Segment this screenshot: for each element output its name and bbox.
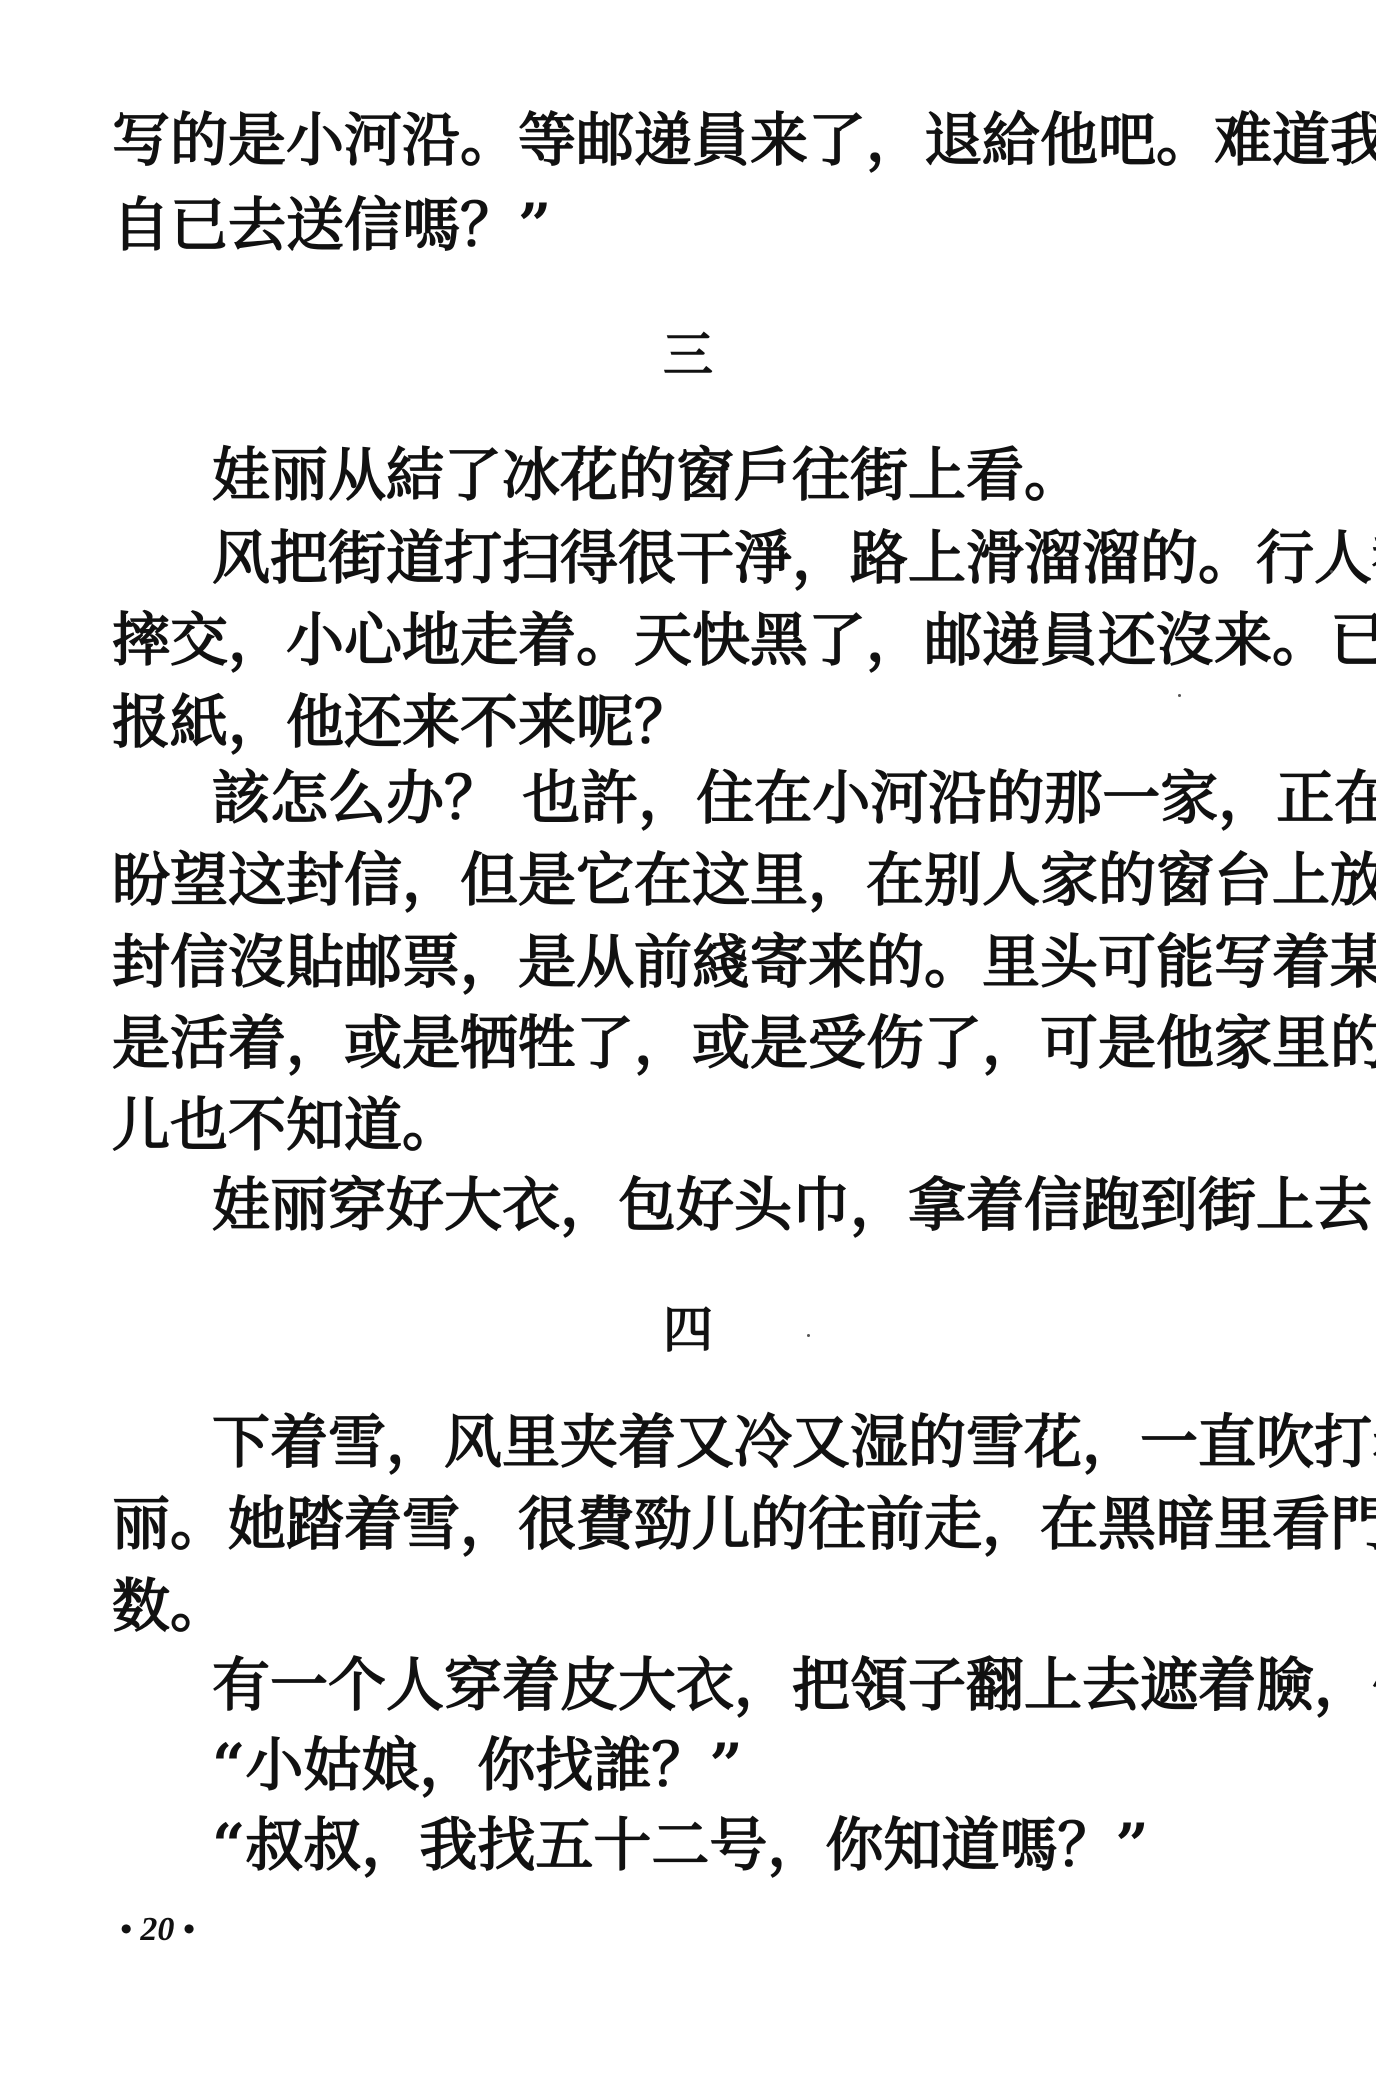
text-line: 封信沒貼邮票，是从前綫寄来的。里头可能写着某人或	[112, 922, 1302, 1002]
text-line: 摔交，小心地走着。天快黑了，邮递員还沒来。已經送过	[112, 600, 1302, 680]
paragraph-line: 有一个人穿着皮大衣，把領子翻上去遮着臉，他問：	[212, 1645, 1302, 1725]
paragraph-line: 风把街道打扫得很干淨，路上滑溜溜的。行人都怕	[212, 518, 1302, 598]
text-line: 报紙，他还来不来呢？	[112, 682, 692, 762]
scan-speck	[1330, 570, 1333, 573]
paragraph-line: 下着雪，风里夹着又冷又湿的雪花，一直吹打着娃	[212, 1402, 1302, 1482]
text-line: 自已去送信嗎？”	[112, 185, 551, 265]
text-line: 儿也不知道。	[112, 1085, 460, 1165]
paragraph-line: 娃丽穿好大衣，包好头巾，拿着信跑到街上去了。	[212, 1165, 1376, 1245]
scan-speck	[807, 1334, 810, 1337]
paragraph-line: 娃丽从結了冰花的窗戶往街上看。	[212, 435, 1082, 515]
scan-speck	[1178, 694, 1181, 697]
book-page: 写的是小河沿。等邮递員来了，退給他吧。难道我們还能 自已去送信嗎？” 三 娃丽从…	[0, 0, 1376, 2092]
text-line: 盼望这封信，但是它在这里，在别人家的窗台上放着。这	[112, 840, 1302, 920]
paragraph-line: 該怎么办？ 也許，住在小河沿的那一家，正在着急的	[212, 758, 1302, 838]
text-line: 是活着，或是牺牲了，或是受伤了，可是他家里的人一点	[112, 1003, 1302, 1083]
text-line: 丽。她踏着雪，很費勁儿的往前走，在黑暗里看門牌号	[112, 1484, 1302, 1564]
page-number: • 20 •	[120, 1905, 195, 1955]
dialogue-line: “叔叔，我找五十二号，你知道嗎？”	[212, 1805, 1149, 1885]
section-heading-3: 三	[0, 320, 1376, 390]
text-line: 写的是小河沿。等邮递員来了，退給他吧。难道我們还能	[112, 100, 1302, 180]
section-heading-4: 四	[0, 1295, 1376, 1365]
dialogue-line: “小姑娘，你找誰？”	[212, 1725, 743, 1805]
text-line: 数。	[112, 1566, 228, 1646]
